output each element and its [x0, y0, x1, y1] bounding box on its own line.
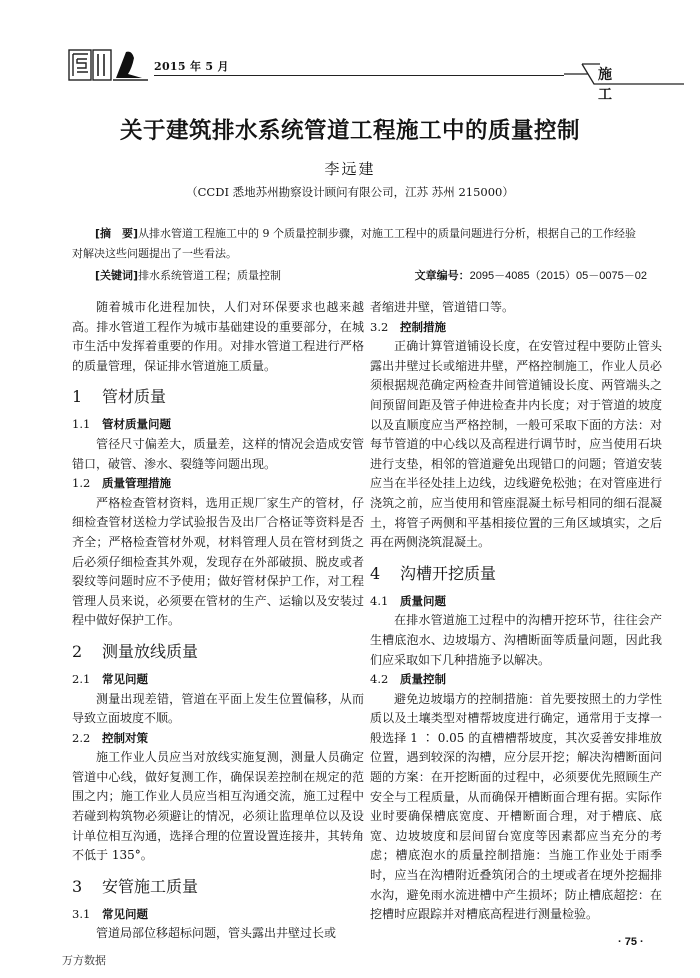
- section-3-1-heading: 3.1常见问题: [72, 905, 364, 925]
- keywords-text: 排水系统管道工程；质量控制: [138, 269, 281, 282]
- page-number: · 75 ·: [618, 936, 644, 948]
- section-1-1-text: 管径尺寸偏差大，质量差，这样的情况会造成安管错口，破管、渗水、裂缝等问题出现。: [72, 435, 364, 474]
- section-3-heading: 3安管施工质量: [72, 875, 364, 899]
- article-number-label: 文章编号：: [415, 270, 470, 282]
- issue-date: 2015 年 5 月: [154, 58, 229, 74]
- left-column: 随着城市化进程加快，人们对环保要求也越来越高。排水管道工程作为城市基础建设的重要…: [72, 298, 364, 944]
- header-divider: [154, 75, 564, 76]
- section-4-2-heading: 4.2质量控制: [370, 670, 662, 690]
- section-1-1-heading: 1.1管材质量问题: [72, 415, 364, 435]
- keywords-row: [关键词]排水系统管道工程；质量控制 文章编号：2095－4085（2015）0…: [95, 267, 647, 283]
- section-3-1-text-continued: 者缩进井壁，管道错口等。: [370, 298, 662, 318]
- section-2-1-text: 测量出现差错，管道在平面上发生位置偏移，从而导致立面坡度不顺。: [72, 690, 364, 729]
- article-title: 关于建筑排水系统管道工程施工中的质量控制: [0, 113, 700, 145]
- source-watermark: 万方数据: [62, 952, 106, 968]
- abstract-text: 从排水管道工程施工中的 9 个质量控制步骤，对施工工程中的质量问题进行分析，根据…: [72, 227, 636, 260]
- journal-logo-icon: [68, 48, 152, 82]
- section-4-1-heading: 4.1质量问题: [370, 592, 662, 612]
- abstract-label: [摘 要]: [95, 227, 138, 240]
- section-2-2-text: 施工作业人员应当对放线实施复测，测量人员确定管道中心线，做好复测工作，确保误差控…: [72, 748, 364, 866]
- article-number: 文章编号：2095－4085（2015）05－0075－02: [415, 267, 647, 283]
- section-1-heading: 1管材质量: [72, 385, 364, 409]
- section-2-1-heading: 2.1常见问题: [72, 670, 364, 690]
- abstract: [摘 要]从排水管道工程施工中的 9 个质量控制步骤，对施工工程中的质量问题进行…: [72, 224, 647, 264]
- section-1-2-text: 严格检查管材资料，选用正规厂家生产的管材，仔细检查管材送检力学试验报告及出厂合格…: [72, 494, 364, 631]
- author-affiliation: （CCDI 悉地苏州勘察设计顾问有限公司，江苏 苏州 215000）: [0, 184, 700, 200]
- section-2-2-heading: 2.2控制对策: [72, 729, 364, 749]
- section-1-2-heading: 1.2质量管理措施: [72, 474, 364, 494]
- running-header: 2015 年 5 月 施 工: [68, 48, 628, 86]
- section-2-heading: 2测量放线质量: [72, 640, 364, 664]
- article-author: 李远建: [0, 158, 700, 179]
- article-number-value: 2095－4085（2015）05－0075－02: [470, 270, 647, 282]
- section-3-2-heading: 3.2控制措施: [370, 318, 662, 338]
- keywords-label: [关键词]: [95, 269, 138, 282]
- section-3-2-text: 正确计算管道铺设长度，在安管过程中要防止管头露出井壁过长或缩进井壁，严格控制施工…: [370, 337, 662, 553]
- section-4-2-text: 避免边坡塌方的控制措施：首先要按照土的力学性质以及土壤类型对槽帮坡度进行确定，通…: [370, 690, 662, 925]
- right-column: 者缩进井壁，管道错口等。 3.2控制措施 正确计算管道铺设长度，在安管过程中要防…: [370, 298, 662, 925]
- section-3-1-text: 管道局部位移超标问题，管头露出井壁过长或: [72, 924, 364, 944]
- section-4-1-text: 在排水管道施工过程中的沟槽开挖环节，往往会产生槽底泡水、边坡塌方、沟槽断面等质量…: [370, 611, 662, 670]
- section-4-heading: 4沟槽开挖质量: [370, 562, 662, 586]
- intro-paragraph: 随着城市化进程加快，人们对环保要求也越来越高。排水管道工程作为城市基础建设的重要…: [72, 298, 364, 376]
- section-label: 施 工: [598, 64, 630, 104]
